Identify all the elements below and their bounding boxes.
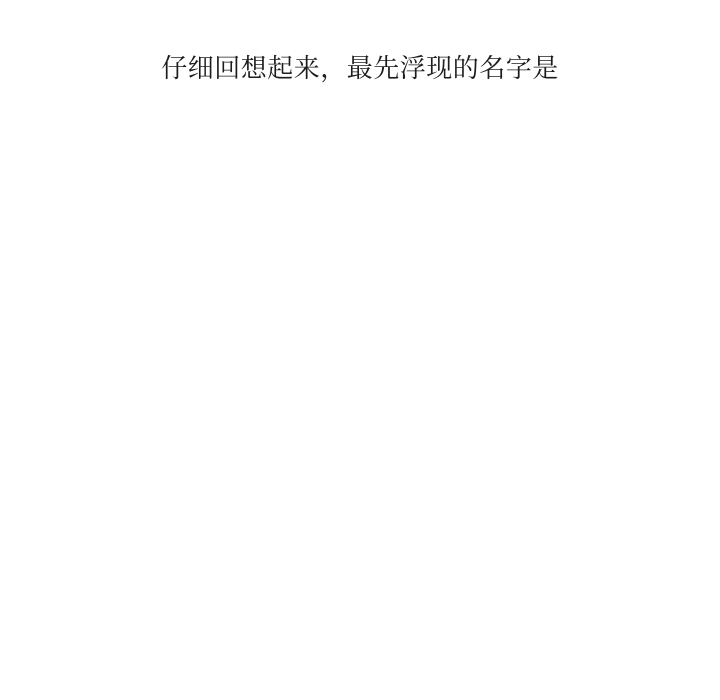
comic-page: 仔细回想起来，最先浮现的名字是 bbox=[0, 0, 720, 700]
narration-caption: 仔细回想起来，最先浮现的名字是 bbox=[0, 52, 720, 84]
